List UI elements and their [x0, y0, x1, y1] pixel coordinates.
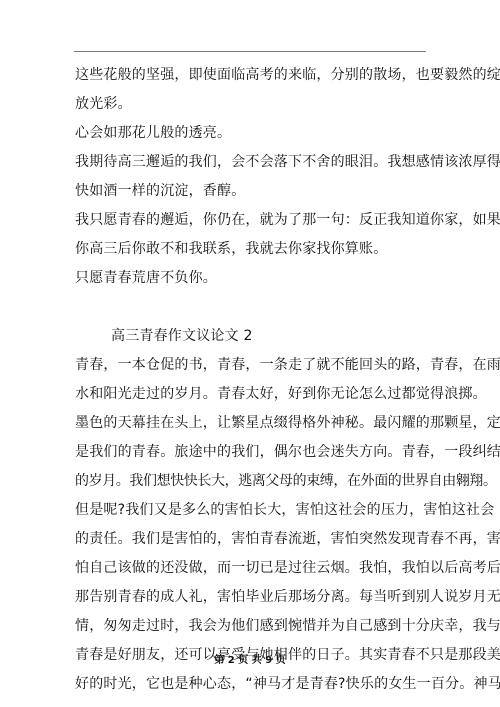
- paragraph-line: 墨色的天幕挂在头上，让繁星点缀得格外神秘。最闪耀的那颗星，定: [75, 409, 427, 438]
- paragraph-line: 只愿青春荒唐不负你。: [75, 264, 427, 293]
- paragraph-line: 那告别青春的成人礼，害怕毕业后那场分离。每当听到别人说岁月无: [75, 583, 427, 612]
- paragraph-line: 我期待高三邂逅的我们，会不会落下不舍的眼泪。我想感情该浓厚得: [75, 148, 427, 177]
- paragraph-line: 但是呢?我们又是多么的害怕长大，害怕这社会的压力，害怕这社会: [75, 496, 427, 525]
- paragraph-line: 青春，一本仓促的书，青春，一条走了就不能回头的路，青春，在雨: [75, 351, 427, 380]
- paragraph-line: 情，匆匆走过时，我会为他们感到惋惜并为自己感到十分庆幸，我与: [75, 612, 427, 641]
- page-number-footer: 第 2 页 共 9 页: [0, 651, 500, 666]
- paragraph-line: 怕自己该做的还没做，而一切已是过往云烟。我怕，我怕以后高考后: [75, 554, 427, 583]
- paragraph-line: 这些花般的坚强，即使面临高考的来临，分别的散场，也要毅然的绽: [75, 61, 427, 90]
- paragraph-line: 的岁月。我们想快快长大，逃离父母的束缚，在外面的世界自由翱翔。: [75, 467, 427, 496]
- paragraph-line: 你高三后你敢不和我联系，我就去你家找你算账。: [75, 235, 427, 264]
- paragraph-line: 是我们的青春。旅途中的我们，偶尔也会迷失方向。青春，一段纠结: [75, 438, 427, 467]
- paragraph-line: 的责任。我们是害怕的，害怕青春流逝，害怕突然发现青春不再，害: [75, 525, 427, 554]
- document-body: 这些花般的坚强，即使面临高考的来临，分别的散场，也要毅然的绽 放光彩。 心会如那…: [75, 61, 427, 699]
- paragraph-line: 心会如那花儿般的透亮。: [75, 119, 427, 148]
- paragraph-line: 我只愿青春的邂逅，你仍在，就为了那一句：反正我知道你家，如果: [75, 206, 427, 235]
- blank-line: [75, 293, 427, 322]
- paragraph-line: 好的时光，它也是种心态，“神马才是青春?快乐的女生一百分。神马: [75, 670, 427, 699]
- paragraph-line: 快如酒一样的沉淀，香醇。: [75, 177, 427, 206]
- paragraph-line: 水和阳光走过的岁月。青春太好，好到你无论怎么过都觉得浪掷。: [75, 380, 427, 409]
- paragraph-line: 放光彩。: [75, 90, 427, 119]
- header-rule: [74, 51, 426, 52]
- section-heading: 高三青春作文议论文 2: [75, 322, 427, 351]
